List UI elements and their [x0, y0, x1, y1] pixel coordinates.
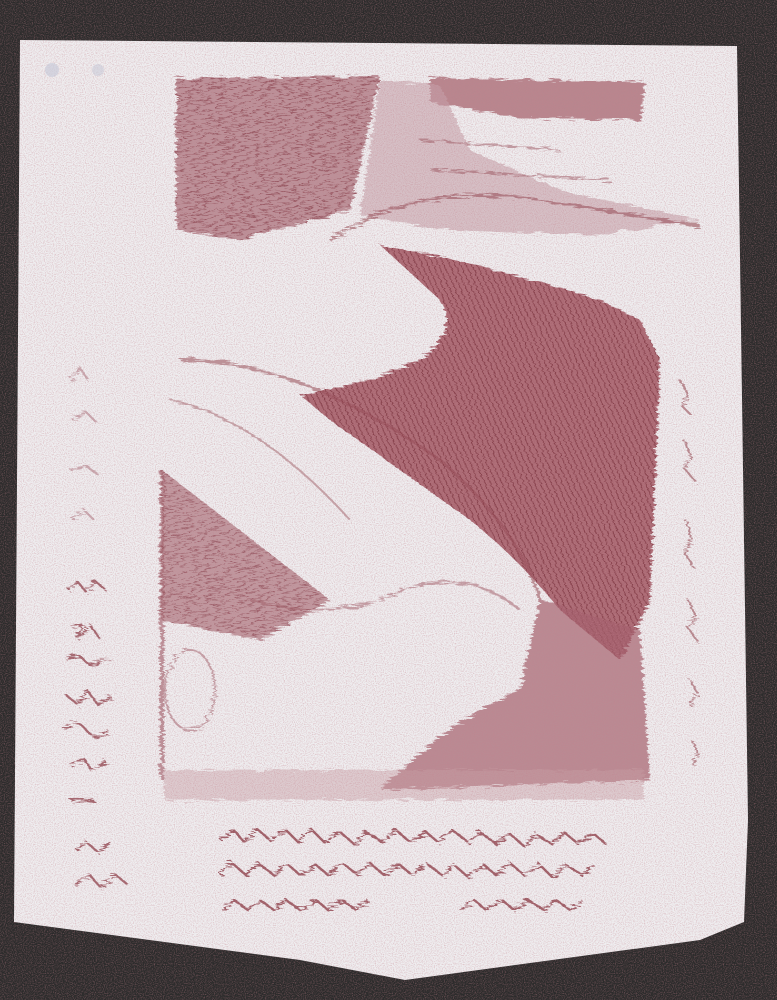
tape-mark: [92, 64, 104, 76]
tape-mark: [45, 63, 59, 77]
monoprint-artwork: [0, 0, 777, 1000]
grain-texture: [0, 0, 777, 1000]
